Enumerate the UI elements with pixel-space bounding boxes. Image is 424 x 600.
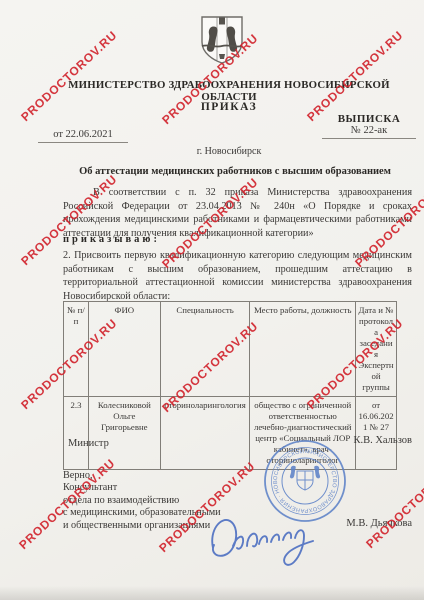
cell-name: Колесниковой Ольге Григорьевне — [88, 397, 160, 470]
subject-title: Об аттестации медицинских работников с в… — [58, 166, 412, 177]
minister-title: Министр — [68, 438, 109, 449]
cell-specialty: оториноларингология — [160, 397, 250, 470]
verify-line: Верно, — [63, 470, 221, 482]
order-word: приказываю: — [63, 234, 160, 245]
paragraph-order: 2. Присвоить первую квалификационную кат… — [63, 249, 412, 303]
verify-line: отдела по взаимодействию — [63, 495, 221, 507]
verify-line: и общественными организациями — [63, 520, 221, 532]
extract-block: ВЫПИСКА № 22-ак — [322, 113, 416, 139]
paragraph-legal-basis: В соответствии с п. 32 приказа Министерс… — [63, 186, 412, 240]
verify-line: Консультант — [63, 482, 221, 494]
scan-edge-shadow — [0, 586, 424, 600]
cell-protocol: от 16.06.2021 № 27 — [356, 397, 397, 470]
document-type: ПРИКАЗ — [40, 101, 418, 113]
extract-label: ВЫПИСКА — [322, 113, 416, 125]
col-header-num: № п/п — [64, 302, 89, 397]
col-header-specialty: Специальность — [160, 302, 250, 397]
col-header-name: ФИО — [88, 302, 160, 397]
document-page: МИНИСТЕРСТВО ЗДРАВООХРАНЕНИЯ НОВОСИБИРСК… — [0, 0, 424, 600]
city-line: г. Новосибирск — [40, 146, 418, 157]
cell-num: 2.3 — [64, 397, 89, 470]
handwritten-signature-icon — [203, 498, 333, 578]
verify-line: с медицинскими, образовательными — [63, 507, 221, 519]
document-number: № 22-ак — [322, 125, 416, 139]
col-header-workplace: Место работы, должность — [250, 302, 356, 397]
table-header-row: № п/п ФИО Специальность Место работы, до… — [64, 302, 397, 397]
col-header-protocol: Дата и № протокола заседания Экспертной … — [356, 302, 397, 397]
coat-of-arms-icon — [199, 15, 245, 65]
ministry-title: МИНИСТЕРСТВО ЗДРАВООХРАНЕНИЯ НОВОСИБИРСК… — [40, 79, 418, 103]
verification-block: Верно, Консультант отдела по взаимодейст… — [63, 470, 221, 532]
document-date: от 22.06.2021 — [38, 129, 128, 143]
